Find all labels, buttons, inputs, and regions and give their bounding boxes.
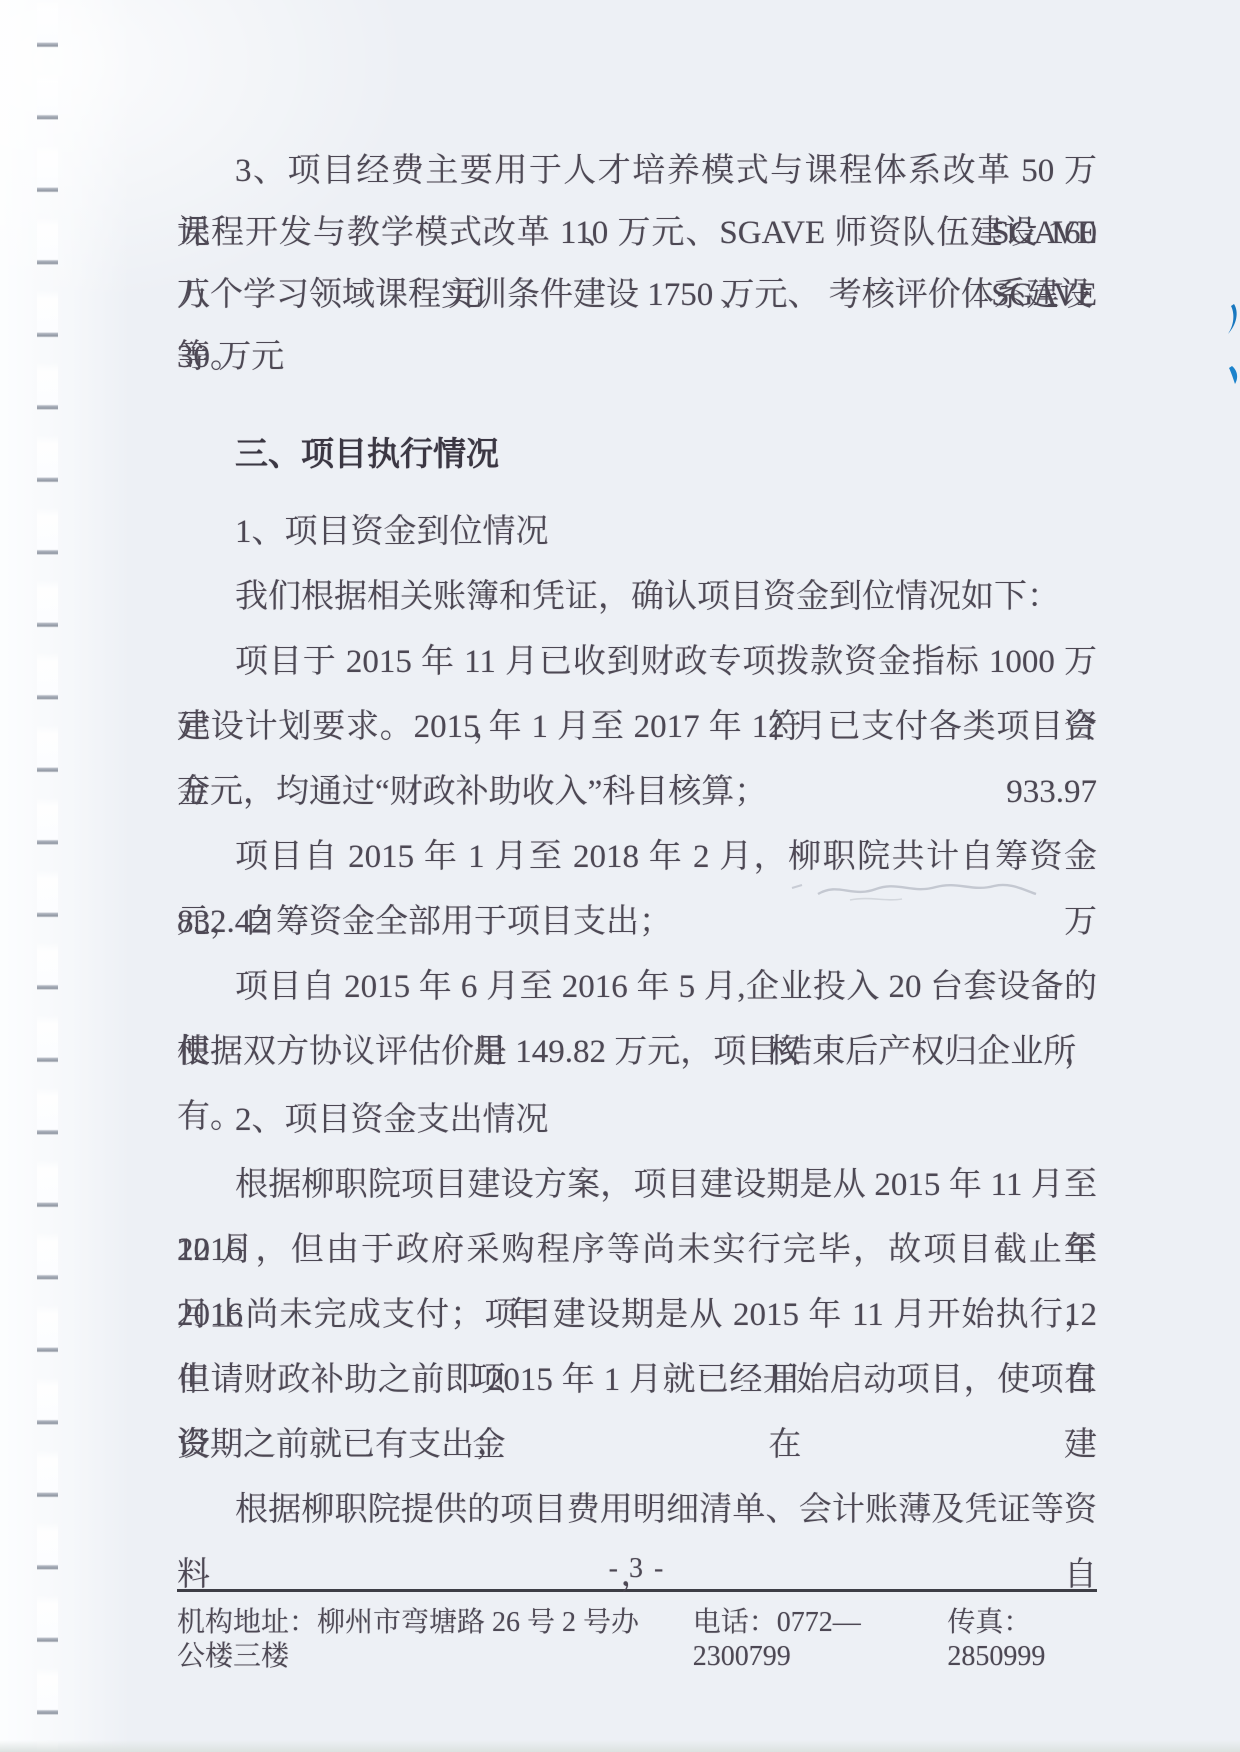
body-line: 月止尚未完成支付；项目建设期是从 2015 年 11 月开始执行，但项目在 [177,1283,1097,1348]
ink-mark-blue [1218,296,1240,396]
scanned-document-page: 3、项目经费主要用于人才培养模式与课程体系改革 50 万元、SGAVE 课程开发… [0,0,1240,1752]
paragraph-funding-breakdown: 3、项目经费主要用于人才培养模式与课程体系改革 50 万元、SGAVE 课程开发… [177,140,1097,388]
subsection-2-title: 2、项目资金支出情况 [177,1088,1097,1153]
body-line: 3、项目经费主要用于人才培养模式与课程体系改革 50 万元、SGAVE [177,140,1097,202]
body-line: 根据柳职院提供的项目费用明细清单、会计账薄及凭证等资料，自 [177,1478,1097,1543]
scan-shadow-bottom-edge [0,1740,1240,1752]
pencil-smudge [790,872,1040,912]
binding-holes [37,0,58,1752]
body-line: 12 月，但由于政府采购程序等尚未实行完毕，故项目截止至 2016 年 12 [177,1218,1097,1283]
body-line: 申请财政补助之前即 2015 年 1 月就已经开始启动项目，使项目资金在建 [177,1348,1097,1413]
body-line: 项目于 2015 年 11 月已收到财政专项拨款资金指标 1000 万元，符合 [177,630,1097,695]
subsection-funds-received: 1、项目资金到位情况 我们根据相关账簿和凭证，确认项目资金到位情况如下： 项目于… [177,500,1097,1085]
body-line: 根据双方协议评估价是 149.82 万元，项目结束后产权归企业所有。 [177,1020,1097,1085]
footer-phone: 电话：0772—2300799 [693,1606,912,1674]
footer-fax: 传真：2850999 [947,1606,1097,1674]
subsection-funds-spent: 2、项目资金支出情况 根据柳职院项目建设方案，项目建设期是从 2015 年 11… [177,1088,1097,1543]
footer-address: 机构地址：柳州市弯塘路 26 号 2 号办公楼三楼 [177,1606,649,1674]
body-line: 根据柳职院项目建设方案，项目建设期是从 2015 年 11 月至 2016 年 [177,1153,1097,1218]
body-line: 等。 [177,326,1097,388]
body-line: 建设计划要求。2015 年 1 月至 2017 年 12 月已支付各类项目资金 … [177,695,1097,760]
section-heading-project-execution: 三、项目执行情况 [177,423,1097,488]
body-line: 我们根据相关账簿和凭证，确认项目资金到位情况如下： [177,565,1097,630]
subsection-1-title: 1、项目资金到位情况 [177,500,1097,565]
body-line: 课程开发与教学模式改革 110 万元、SGAVE 师资队伍建设 160 万元、S… [177,202,1097,264]
body-line: 八个学习领域课程实训条件建设 1750 万元、 考核评价体系建设 30 万元 [177,264,1097,326]
body-line: 项目自 2015 年 6 月至 2016 年 5 月,企业投入 20 台套设备的… [177,955,1097,1020]
